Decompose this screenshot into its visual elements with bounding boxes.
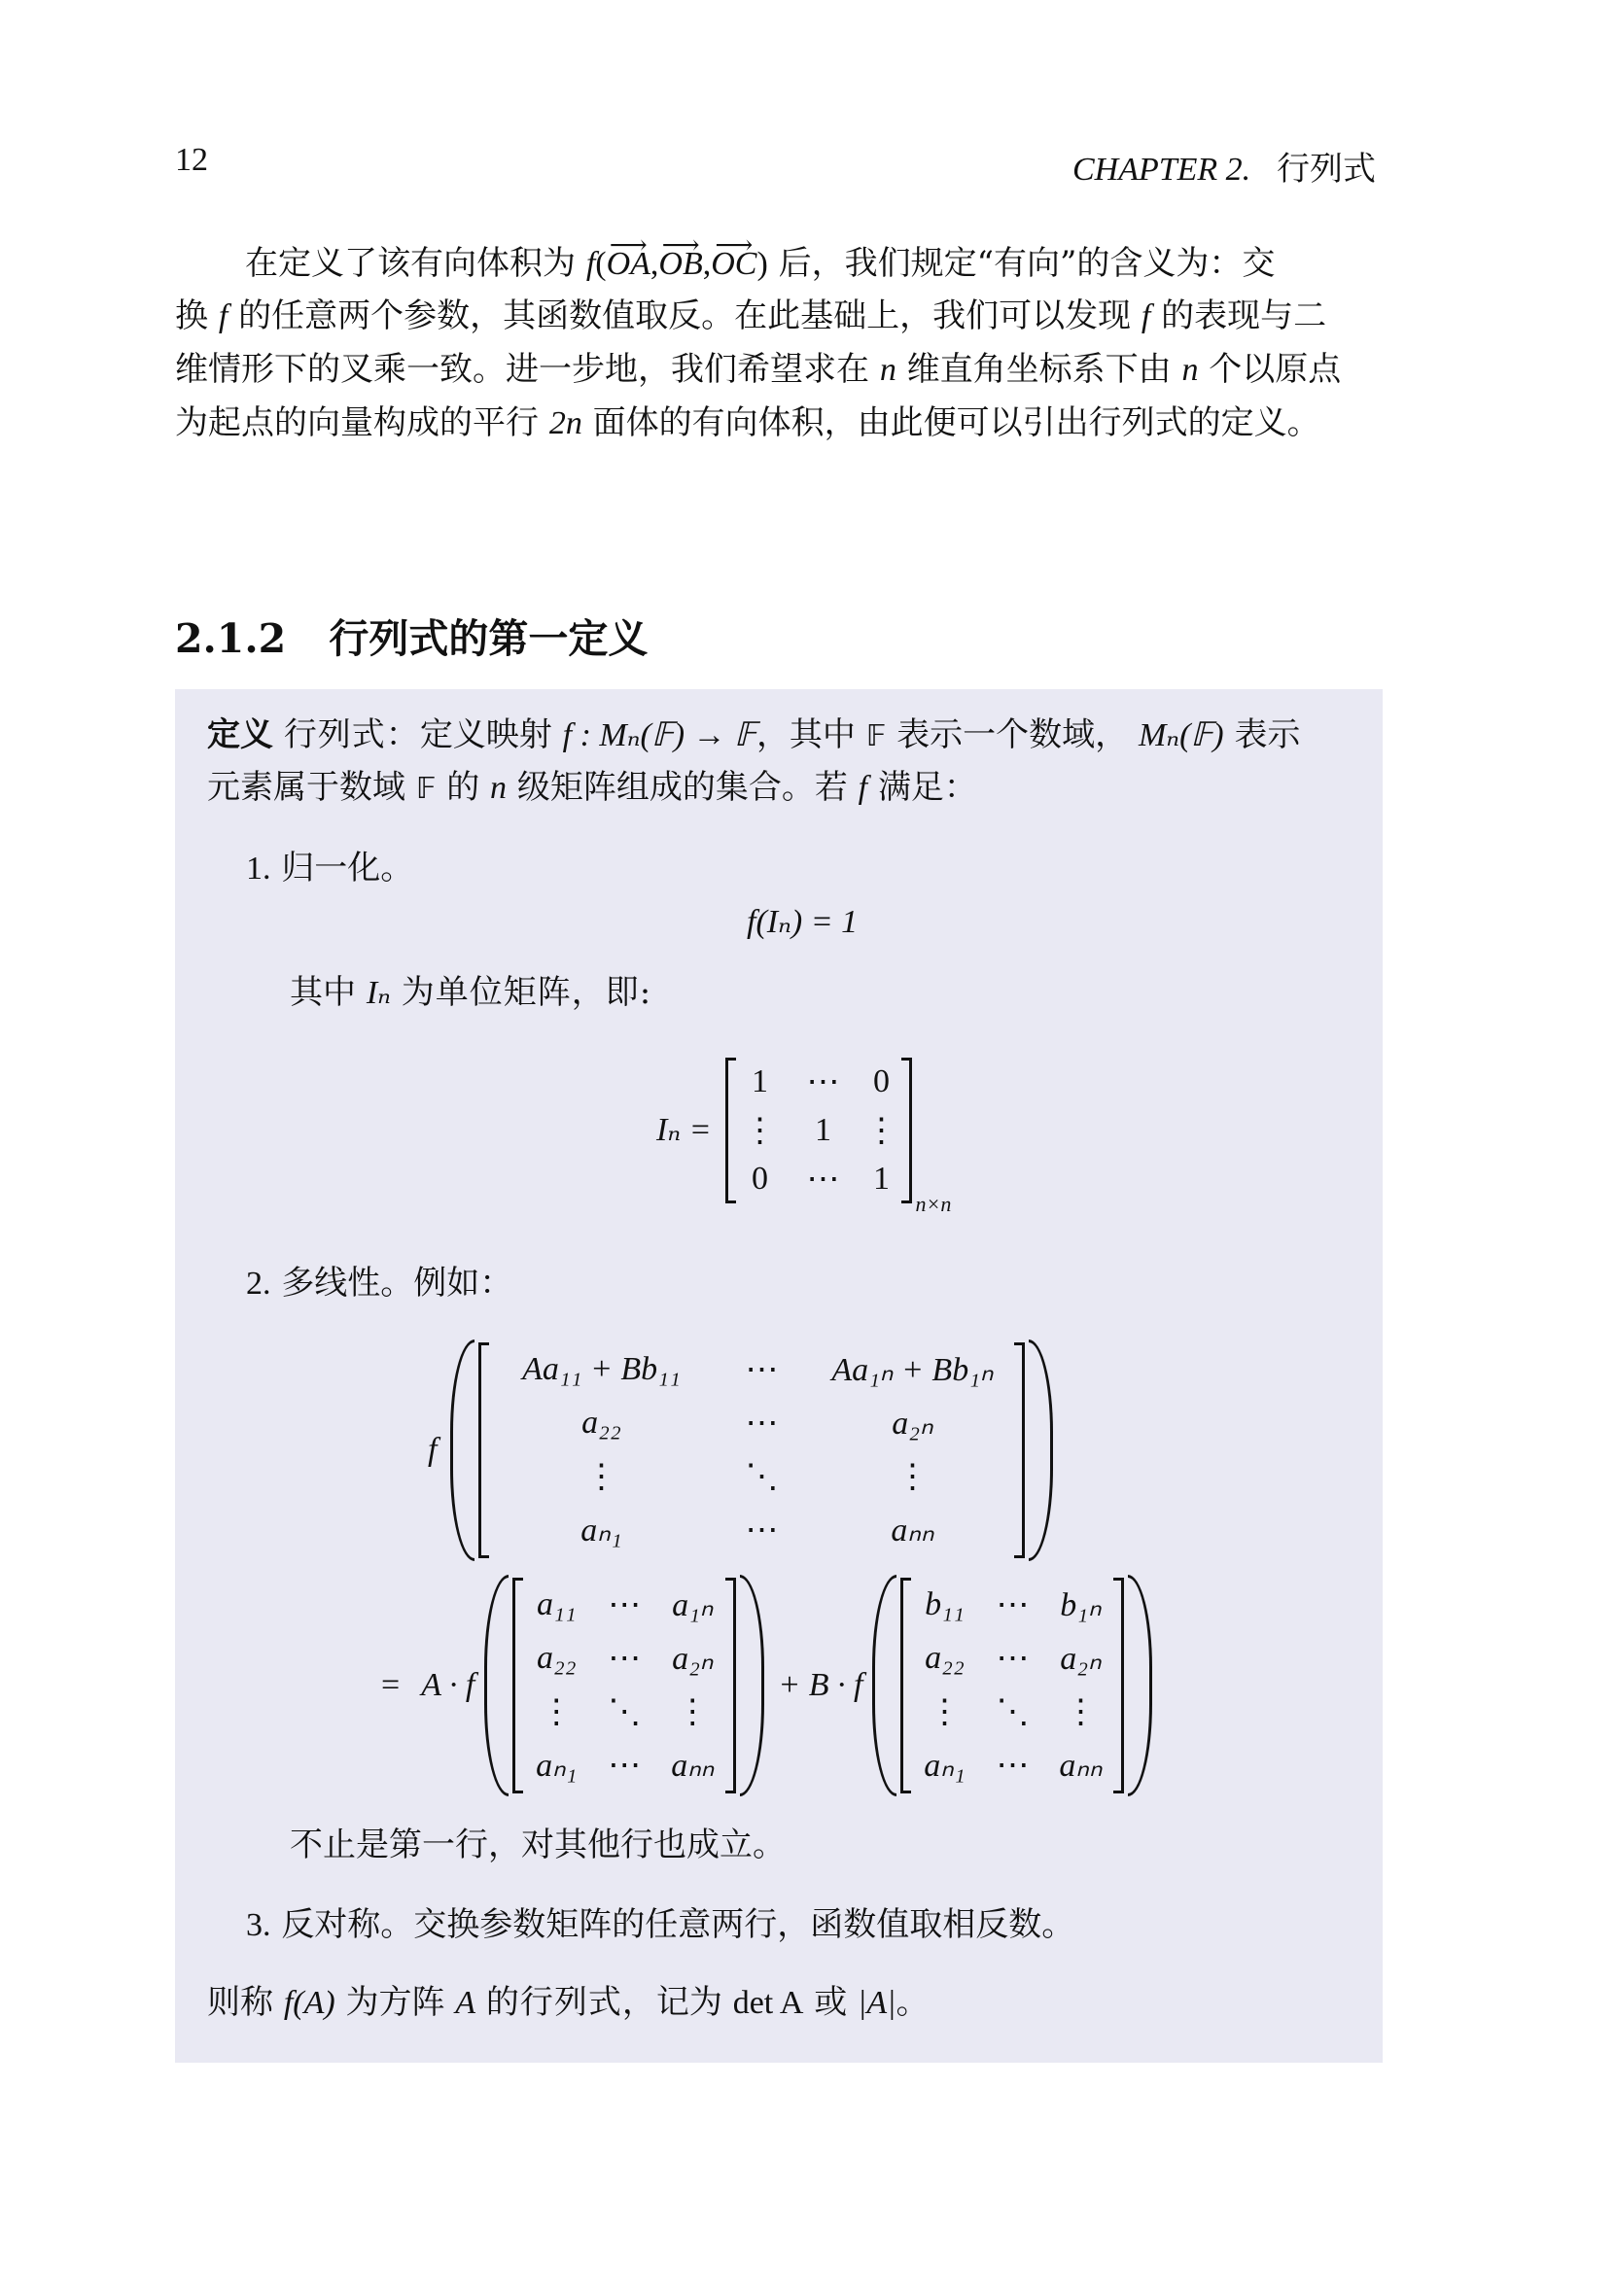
matrix-cell: ⋯ — [996, 1746, 1029, 1785]
text: 级矩阵组成的集合。若 — [517, 768, 848, 807]
matrix-cell: ⋯ — [996, 1639, 1029, 1678]
matrix-cell: b₁ₙ — [1060, 1585, 1101, 1624]
math-f: f — [428, 1431, 437, 1470]
multilinearity-rhs: = A · f a₁₁ ⋯ a₁ₙ a₂₂ ⋯ a₂ₙ ⋮ ⋱ ⋮ aₙ₁ ⋯ … — [381, 1575, 1152, 1796]
math-mapping: f : Mₙ(𝔽) → 𝔽 — [563, 717, 756, 753]
term-A-f: A · f — [421, 1666, 474, 1705]
math-fA: f(A) — [284, 1985, 335, 2021]
matrix-cell: 1 — [815, 1112, 831, 1149]
math-field: 𝔽 — [416, 772, 437, 806]
matrix-cell: 0 — [752, 1161, 768, 1198]
matrix-cell: ⋯ — [745, 1404, 778, 1443]
right-bracket — [1113, 1578, 1124, 1793]
math-det: det A — [733, 1985, 804, 2021]
math-f: f — [1142, 298, 1150, 334]
matrix-cell: a₂ₙ — [892, 1404, 932, 1443]
matrix-lhs: Iₙ = — [656, 1111, 712, 1150]
matrix-cell: aₙ₁ — [924, 1746, 965, 1785]
math-n: n — [880, 352, 896, 388]
section-number: 2.1.2 — [175, 615, 286, 662]
multilinearity-note: 不止是第一行，对其他行也成立。 — [290, 1826, 786, 1864]
text: 。 — [896, 1983, 930, 2022]
text: 维直角坐标系下由 — [907, 350, 1172, 389]
matrix-cell: a₁₁ — [537, 1586, 577, 1623]
text: 则称 — [207, 1983, 273, 2022]
list-item-1: 1. 归一化。 — [246, 849, 413, 888]
definition-line-2: 元素属于数域 𝔽 的 n 级矩阵组成的集合。若 f 满足： — [207, 768, 977, 809]
matrix-cell: a₂ₙ — [1060, 1639, 1101, 1678]
list-item-2: 2. 多线性。例如： — [246, 1264, 512, 1304]
matrix-cell: aₙₙ — [1059, 1746, 1102, 1785]
text: 后，我们规定“有向”的含义为：交 — [779, 244, 1276, 283]
left-bracket — [478, 1342, 489, 1558]
left-paren — [484, 1575, 509, 1796]
multilinearity-lhs: f Aa₁₁ + Bb₁₁ ⋯ Aa₁ₙ + Bb₁ₙ a₂₂ ⋯ a₂ₙ ⋮ … — [428, 1339, 1053, 1561]
matrix-cell: a₂₂ — [537, 1640, 577, 1677]
matrix-cell: ⋮ — [865, 1111, 898, 1150]
right-paren — [1128, 1575, 1152, 1796]
equals-sign: = — [381, 1666, 400, 1705]
left-bracket — [725, 1058, 736, 1203]
text: 的 — [446, 768, 479, 807]
item-label: 反对称。交换参数矩阵的任意两行，函数值取相反数。 — [281, 1905, 1074, 1944]
text: 个以原点 — [1209, 350, 1341, 389]
matrix-dimension: n×n — [916, 1192, 952, 1217]
page-number: 12 — [175, 142, 208, 179]
definition-name: 行列式： — [284, 715, 420, 754]
matrix-cell: 1 — [873, 1161, 890, 1198]
identity-matrix: 1 ⋯ 0 ⋮ 1 ⋮ 0 ⋯ 1 — [725, 1058, 912, 1203]
math-abs: |A| — [858, 1985, 896, 2021]
item-number: 1. — [246, 851, 271, 887]
section-heading: 2.1.2 行列式的第一定义 — [175, 607, 648, 664]
matrix-cell: aₙₙ — [891, 1511, 933, 1549]
vector-oc: OC — [711, 245, 756, 284]
right-paren — [740, 1575, 764, 1796]
matrix-cell: 0 — [873, 1063, 890, 1100]
text: 表示一个数域， — [896, 715, 1128, 754]
text: 表示 — [1234, 715, 1300, 754]
matrix-cell: a₂₂ — [925, 1640, 965, 1677]
text: 为方阵 — [345, 1983, 444, 2022]
left-bracket — [512, 1578, 523, 1793]
item-number: 3. — [246, 1907, 271, 1943]
right-paren — [1029, 1339, 1053, 1561]
matrix-grid: 1 ⋯ 0 ⋮ 1 ⋮ 0 ⋯ 1 — [736, 1058, 901, 1203]
left-paren — [872, 1575, 896, 1796]
item-number: 2. — [246, 1266, 271, 1302]
list-item-3: 3. 反对称。交换参数矩阵的任意两行，函数值取相反数。 — [246, 1905, 1074, 1945]
matrix-cell: ⋮ — [928, 1692, 961, 1731]
math-2n: 2n — [549, 405, 582, 441]
text: 满足： — [878, 768, 977, 807]
right-bracket — [901, 1058, 912, 1203]
matrix-cell: a₂₂ — [581, 1405, 621, 1442]
vector-ob: OB — [658, 245, 702, 284]
text: 的任意两个参数，其函数值取反。在此基础上，我们可以发现 — [238, 296, 1131, 335]
text: ，其中 — [756, 715, 856, 754]
matrix-cell: ⋯ — [745, 1350, 778, 1389]
matrix-a: a₁₁ ⋯ a₁ₙ a₂₂ ⋯ a₂ₙ ⋮ ⋱ ⋮ aₙ₁ ⋯ aₙₙ — [512, 1578, 736, 1793]
intro-line-2: 换 f 的任意两个参数，其函数值取反。在此基础上，我们可以发现 f 的表现与二 — [175, 296, 1326, 336]
matrix-cell: ⋯ — [996, 1585, 1029, 1624]
matrix-cell: ⋱ — [608, 1692, 641, 1731]
text: 维情形下的叉乘一致。进一步地，我们希望求在 — [175, 350, 869, 389]
text: 的行列式， — [486, 1983, 656, 2022]
item-label: 归一化。 — [281, 849, 413, 887]
matrix-cell: ⋯ — [608, 1639, 641, 1678]
right-bracket — [725, 1578, 736, 1793]
left-paren — [450, 1339, 474, 1561]
matrix-cell: ⋮ — [744, 1111, 777, 1150]
matrix-grid: Aa₁₁ + Bb₁₁ ⋯ Aa₁ₙ + Bb₁ₙ a₂₂ ⋯ a₂ₙ ⋮ ⋱ … — [489, 1342, 1014, 1558]
vector-oa: OA — [607, 245, 650, 284]
text: 的表现与二 — [1161, 296, 1326, 335]
math-f: f — [586, 246, 595, 282]
math-f: f — [219, 298, 228, 334]
matrix-cell: a₂ₙ — [672, 1639, 713, 1678]
text: 记为 — [656, 1983, 722, 2022]
matrix-cell: ⋯ — [745, 1511, 778, 1549]
identity-note: 其中 Iₙ 为单位矩阵，即: — [290, 973, 651, 1013]
sum-matrix: Aa₁₁ + Bb₁₁ ⋯ Aa₁ₙ + Bb₁ₙ a₂₂ ⋯ a₂ₙ ⋮ ⋱ … — [478, 1342, 1025, 1558]
definition-line-1: 定义 行列式：定义映射 f : Mₙ(𝔽) → 𝔽，其中 𝔽 表示一个数域， M… — [207, 715, 1300, 756]
term-B-f: + B · f — [778, 1666, 862, 1705]
matrix-grid: a₁₁ ⋯ a₁ₙ a₂₂ ⋯ a₂ₙ ⋮ ⋱ ⋮ aₙ₁ ⋯ aₙₙ — [523, 1578, 725, 1793]
matrix-grid: b₁₁ ⋯ b₁ₙ a₂₂ ⋯ a₂ₙ ⋮ ⋱ ⋮ aₙ₁ ⋯ aₙₙ — [911, 1578, 1113, 1793]
math-A: A — [455, 1985, 475, 2021]
definition-label: 定义 — [207, 715, 273, 754]
running-header: CHAPTER 2. 行列式 — [1072, 142, 1376, 190]
matrix-b: b₁₁ ⋯ b₁ₙ a₂₂ ⋯ a₂ₙ ⋮ ⋱ ⋮ aₙ₁ ⋯ aₙₙ — [900, 1578, 1124, 1793]
matrix-cell: b₁₁ — [925, 1586, 965, 1623]
matrix-cell: ⋮ — [540, 1692, 573, 1731]
text: 换 — [175, 296, 208, 335]
text: 元素属于数域 — [207, 768, 405, 807]
intro-line-4: 为起点的向量构成的平行 2n 面体的有向体积，由此便可以引出行列式的定义。 — [175, 403, 1320, 443]
section-title: 行列式的第一定义 — [329, 615, 648, 662]
matrix-cell: aₙₙ — [671, 1746, 714, 1785]
matrix-cell: 1 — [752, 1063, 768, 1100]
text: 为单位矩阵，即: — [402, 973, 651, 1012]
math-field: 𝔽 — [866, 719, 887, 753]
text: 定义映射 — [420, 715, 552, 754]
matrix-cell: ⋯ — [608, 1585, 641, 1624]
matrix-cell: ⋯ — [608, 1746, 641, 1785]
text: 面体的有向体积，由此便可以引出行列式的定义。 — [593, 403, 1320, 442]
matrix-cell: Aa₁ₙ + Bb₁ₙ — [831, 1350, 993, 1389]
right-bracket — [1014, 1342, 1025, 1558]
matrix-cell: aₙ₁ — [536, 1746, 577, 1785]
math-In: Iₙ — [367, 975, 391, 1011]
math-n: n — [1181, 352, 1198, 388]
matrix-cell: aₙ₁ — [580, 1511, 621, 1549]
matrix-cell: ⋯ — [807, 1160, 840, 1199]
matrix-cell: a₁ₙ — [672, 1585, 713, 1624]
math-f: f — [859, 770, 867, 806]
equation-normalization: f(Iₙ) = 1 — [747, 902, 858, 942]
matrix-cell: ⋯ — [807, 1062, 840, 1101]
matrix-cell: Aa₁₁ + Bb₁₁ — [522, 1351, 681, 1388]
definition-conclusion: 则称 f(A) 为方阵 A 的行列式，记为 det A 或 |A|。 — [207, 1983, 930, 2023]
intro-line-1: 在定义了该有向体积为 f(OA,OB,OC) 后，我们规定“有向”的含义为：交 — [245, 244, 1275, 284]
intro-line-3: 维情形下的叉乘一致。进一步地，我们希望求在 n 维直角坐标系下由 n 个以原点 — [175, 350, 1341, 390]
item-label: 多线性。例如： — [281, 1264, 512, 1303]
math-matrix-set: Mₙ(𝔽) — [1139, 717, 1224, 753]
matrix-cell: ⋱ — [745, 1457, 778, 1496]
math-n: n — [490, 770, 507, 806]
matrix-cell: ⋮ — [1064, 1692, 1097, 1731]
matrix-cell: ⋮ — [676, 1692, 709, 1731]
equation: f(Iₙ) = 1 — [747, 904, 858, 940]
chapter-label: CHAPTER 2. — [1072, 152, 1250, 188]
matrix-cell: ⋮ — [896, 1457, 929, 1496]
text: 为起点的向量构成的平行 — [175, 403, 539, 442]
matrix-cell: ⋱ — [996, 1692, 1029, 1731]
matrix-cell: ⋮ — [584, 1457, 617, 1496]
identity-matrix-equation: Iₙ = 1 ⋯ 0 ⋮ 1 ⋮ 0 ⋯ 1 n×n — [656, 1058, 951, 1203]
text: 在定义了该有向体积为 — [245, 244, 576, 283]
chapter-title: 行列式 — [1277, 150, 1376, 189]
text: 或 — [814, 1983, 847, 2022]
text: 其中 — [290, 973, 356, 1012]
left-bracket — [900, 1578, 911, 1793]
